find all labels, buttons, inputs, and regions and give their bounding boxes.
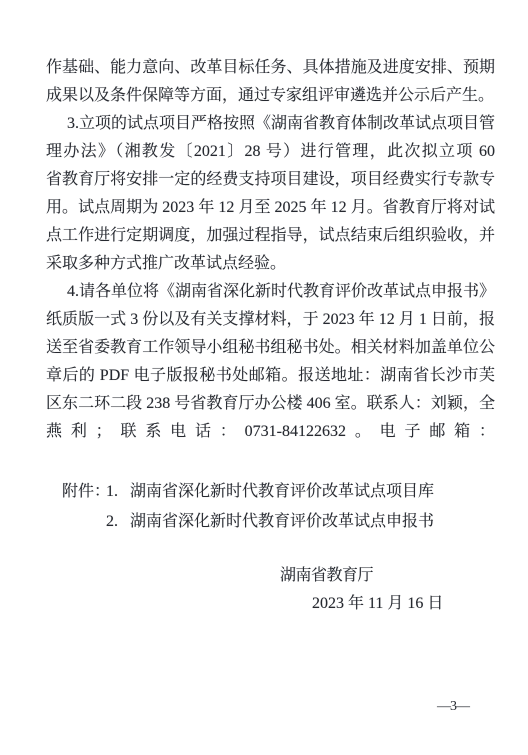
- attachment-number: 2.: [106, 507, 130, 537]
- body-text-line: 作基础、能力意向、改革目标任务、具体措施及进度安排、预期: [46, 54, 495, 82]
- attachment-number: 1.: [106, 477, 130, 507]
- body-text-line: 用。试点周期为 2023 年 12 月至 2025 年 12 月。省教育厅将对试: [46, 194, 495, 222]
- document-page: { "document": { "body": { "paragraphs": …: [0, 0, 528, 755]
- body-text-line: 送至省委教育工作领导小组秘书组秘书处。相关材料加盖单位公: [46, 334, 495, 362]
- body-text-line: 4.请各单位将《湖南省深化新时代教育评价改革试点申报书》: [46, 278, 495, 306]
- signature-org: 湖南省教育厅: [280, 562, 373, 590]
- document-body: 作基础、能力意向、改革目标任务、具体措施及进度安排、预期成果以及条件保障等方面，…: [46, 54, 495, 537]
- attachment-item: 附件：1.湖南省深化新时代教育评价改革试点项目库: [62, 477, 495, 507]
- attachment-title: 湖南省深化新时代教育评价改革试点申报书: [130, 513, 434, 530]
- attachment-title: 湖南省深化新时代教育评价改革试点项目库: [130, 483, 434, 500]
- body-text: 作基础、能力意向、改革目标任务、具体措施及进度安排、预期成果以及条件保障等方面，…: [46, 54, 495, 446]
- signature-date: 2023 年 11 月 16 日: [312, 590, 443, 618]
- body-text-line: 燕利；联系电话：0731-84122632。电子邮箱：hnjymsc@sina.…: [46, 418, 495, 446]
- attachments-block: 附件：1.湖南省深化新时代教育评价改革试点项目库2.湖南省深化新时代教育评价改革…: [46, 477, 495, 537]
- body-text-line: 区东二环二段 238 号省教育厅办公楼 406 室。联系人：刘颖，全: [46, 390, 495, 418]
- body-text-line: 章后的 PDF 电子版报秘书处邮箱。报送地址：湖南省长沙市芙蓉: [46, 362, 495, 390]
- body-text-line: 省教育厅将安排一定的经费支持项目建设，项目经费实行专款专: [46, 166, 495, 194]
- body-text-line: 3.立项的试点项目严格按照《湖南省教育体制改革试点项目管: [46, 110, 495, 138]
- body-text-line: 理办法》（湘教发〔2021〕28 号）进行管理，此次拟立项 60 项，: [46, 138, 495, 166]
- body-text-line: 点工作进行定期调度，加强过程指导，试点结束后组织验收，并: [46, 222, 495, 250]
- attachments-label: 附件：: [62, 477, 106, 507]
- page-number: —3—: [437, 699, 469, 715]
- body-text-line: 采取多种方式推广改革试点经验。: [46, 250, 495, 278]
- attachment-item: 2.湖南省深化新时代教育评价改革试点申报书: [62, 507, 495, 537]
- body-text-line: 纸质版一式 3 份以及有关支撑材料，于 2023 年 12 月 1 日前，报: [46, 306, 495, 334]
- body-text-line: 成果以及条件保障等方面，通过专家组评审遴选并公示后产生。: [46, 82, 495, 110]
